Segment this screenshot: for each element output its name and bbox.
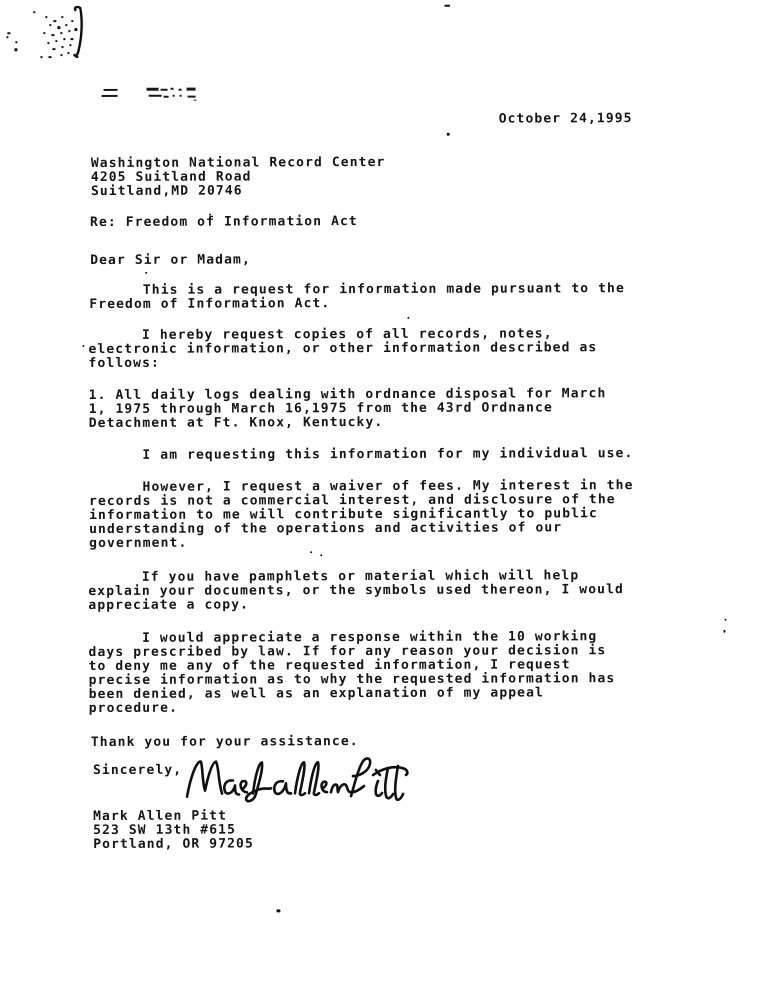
subject-line: Re: Freedom of Information Act (90, 215, 358, 230)
letter-date: October 24,1995 (499, 112, 633, 126)
scan-speck (145, 272, 147, 274)
sender-address-line2: Portland, OR 97205 (93, 837, 254, 852)
faded-stamp-artifact (99, 85, 209, 103)
scan-speck (407, 317, 409, 319)
salutation: Dear Sir or Madam, (90, 253, 251, 268)
scan-speck (444, 5, 450, 7)
scan-speck (82, 345, 84, 347)
body-paragraph-2: I hereby request copies of all records, … (88, 327, 597, 371)
scan-speck (310, 551, 312, 553)
body-paragraph-1: This is a request for information made p… (89, 282, 625, 312)
body-paragraph-4: I am requesting this information for my … (89, 447, 634, 463)
ink-smudge-artifact (6, 5, 98, 63)
recipient-address-line3: Suitland,MD 20746 (91, 184, 243, 199)
body-paragraph-3: 1. All daily logs dealing with ordnance … (89, 387, 607, 431)
handwritten-signature (167, 748, 413, 807)
scan-speck (447, 133, 450, 136)
body-paragraph-7: I would appreciate a response within the… (88, 630, 615, 716)
scan-speck (276, 909, 280, 912)
scan-speck (724, 619, 726, 621)
scan-speck (723, 630, 725, 633)
scanned-letter-page: October 24,1995 Washington National Reco… (0, 0, 760, 992)
scan-speck (320, 554, 322, 556)
body-paragraph-6: If you have pamphlets or material which … (88, 569, 624, 613)
scan-speck (209, 214, 211, 216)
body-paragraph-5: However, I request a waiver of fees. My … (89, 479, 634, 551)
